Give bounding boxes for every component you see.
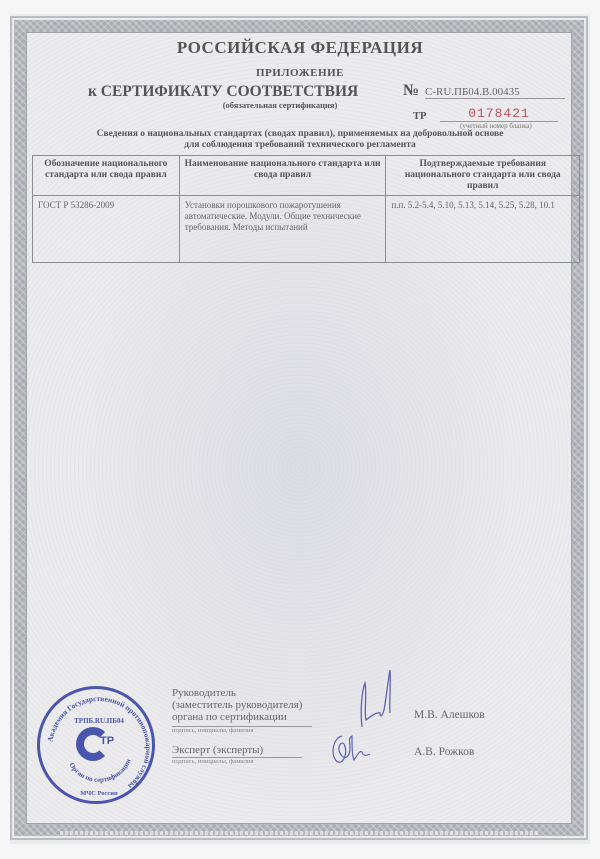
head-label-line-2: (заместитель руководителя) [172, 699, 302, 711]
svg-text:Орган по сертификации: Орган по сертификации [67, 758, 132, 784]
standard-designation: ГОСТ Р 53286-2009 [33, 196, 180, 263]
column-header-name: Наименование национального стандарта или… [179, 156, 386, 196]
appendix-heading: ПРИЛОЖЕНИЕ [0, 67, 600, 79]
head-label-line-3: органа по сертификации [172, 711, 302, 723]
certificate-number: С-RU.ПБ04.В.00435 [425, 86, 565, 99]
expert-signature-caption: подпись, инициалы, фамилия [172, 758, 254, 765]
table-header-row: Обозначение национального стандарта или … [33, 156, 580, 196]
head-name: М.В. Алешков [414, 709, 485, 721]
microtext-strip [60, 831, 540, 835]
number-sign: № [403, 82, 419, 100]
column-header-requirements: Подтверждаемые требования национального … [386, 156, 580, 196]
head-signature-icon [350, 665, 400, 730]
blank-number: 0178421 [440, 106, 558, 122]
tp-label: ТР [413, 111, 426, 122]
standard-requirements: п.п. 5.2-5.4, 5.10, 5.13, 5.14, 5.25, 5.… [386, 196, 580, 263]
head-label-line-1: Руководитель [172, 687, 302, 699]
head-signature-label: Руководитель (заместитель руководителя) … [172, 687, 302, 723]
expert-name: А.В. Рожков [414, 746, 474, 758]
country-heading: РОССИЙСКАЯ ФЕДЕРАЦИЯ [0, 38, 600, 58]
standard-name: Установки порошкового пожаротушения авто… [179, 196, 386, 263]
stamp-logo-text: ТР [100, 735, 114, 747]
standards-intro: Сведения о национальных стандартах (свод… [90, 129, 510, 151]
certification-body-stamp: Академия Государственной противопожарной… [37, 686, 155, 804]
svg-text:ТРПБ.RU.ПБ04: ТРПБ.RU.ПБ04 [74, 717, 124, 725]
certificate-title: к СЕРТИФИКАТУ СООТВЕТСТВИЯ [88, 83, 358, 101]
expert-signature-label: Эксперт (эксперты) [172, 744, 263, 756]
column-header-designation: Обозначение национального стандарта или … [33, 156, 180, 196]
table-row: ГОСТ Р 53286-2009 Установки порошкового … [33, 196, 580, 263]
expert-signature-icon [326, 728, 376, 768]
standards-table: Обозначение национального стандарта или … [32, 155, 580, 263]
head-signature-caption: подпись, инициалы, фамилия [172, 727, 254, 734]
svg-text:МЧС России: МЧС России [80, 790, 118, 797]
